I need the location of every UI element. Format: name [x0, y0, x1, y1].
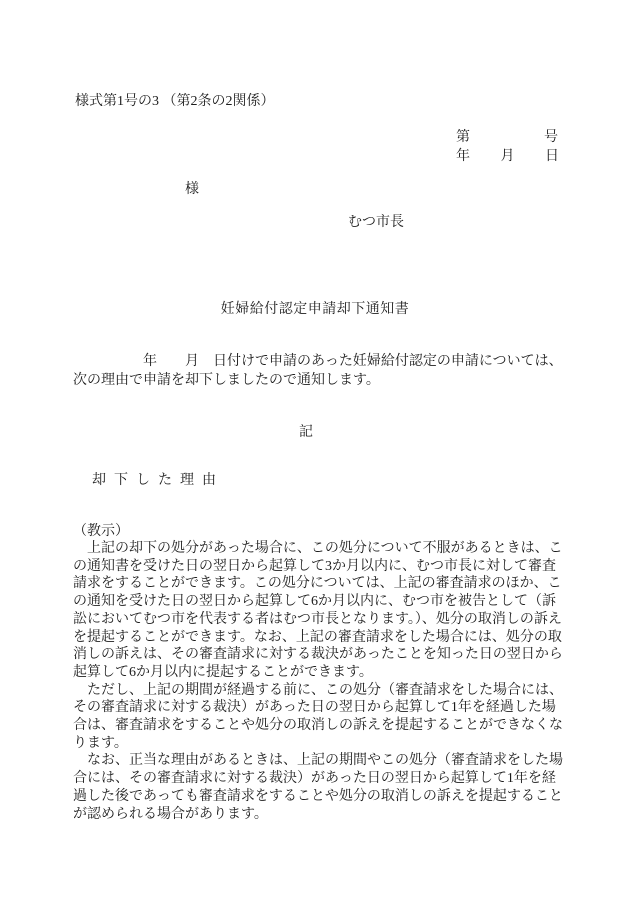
document-title: 妊婦給付認定申請却下通知書 [0, 301, 630, 319]
issue-date-month-label: 月 [501, 148, 515, 166]
form-number: 様式第1号の3 （第2条の2関係） [75, 93, 275, 111]
record-marker: 記 [0, 424, 612, 442]
issue-date-year-label: 年 [456, 148, 470, 166]
document-number-suffix: 号 [544, 129, 558, 147]
issue-date-line: 年 月 日 [456, 148, 559, 166]
issuer-name: むつ市長 [348, 214, 404, 232]
appeal-instructions-heading: （教示） [73, 523, 129, 541]
addressee-honorific: 様 [185, 181, 199, 199]
document-page: 様式第1号の3 （第2条の2関係） 第 号 年 月 日 様 むつ市長 妊婦給付認… [0, 0, 630, 903]
document-number-prefix: 第 [456, 129, 470, 147]
rejection-reason-label: 却下した理由 [92, 472, 224, 490]
notification-body: 年 月 日付けで申請のあった妊婦給付認定の申請については、 次の理由で申請を却下… [73, 352, 563, 390]
appeal-instructions-text: 上記の却下の処分があった場合に、この処分について不服があるときは、こ の通知書を… [73, 540, 565, 823]
issue-date-day-label: 日 [545, 148, 559, 166]
document-number-line: 第 号 [456, 129, 558, 147]
